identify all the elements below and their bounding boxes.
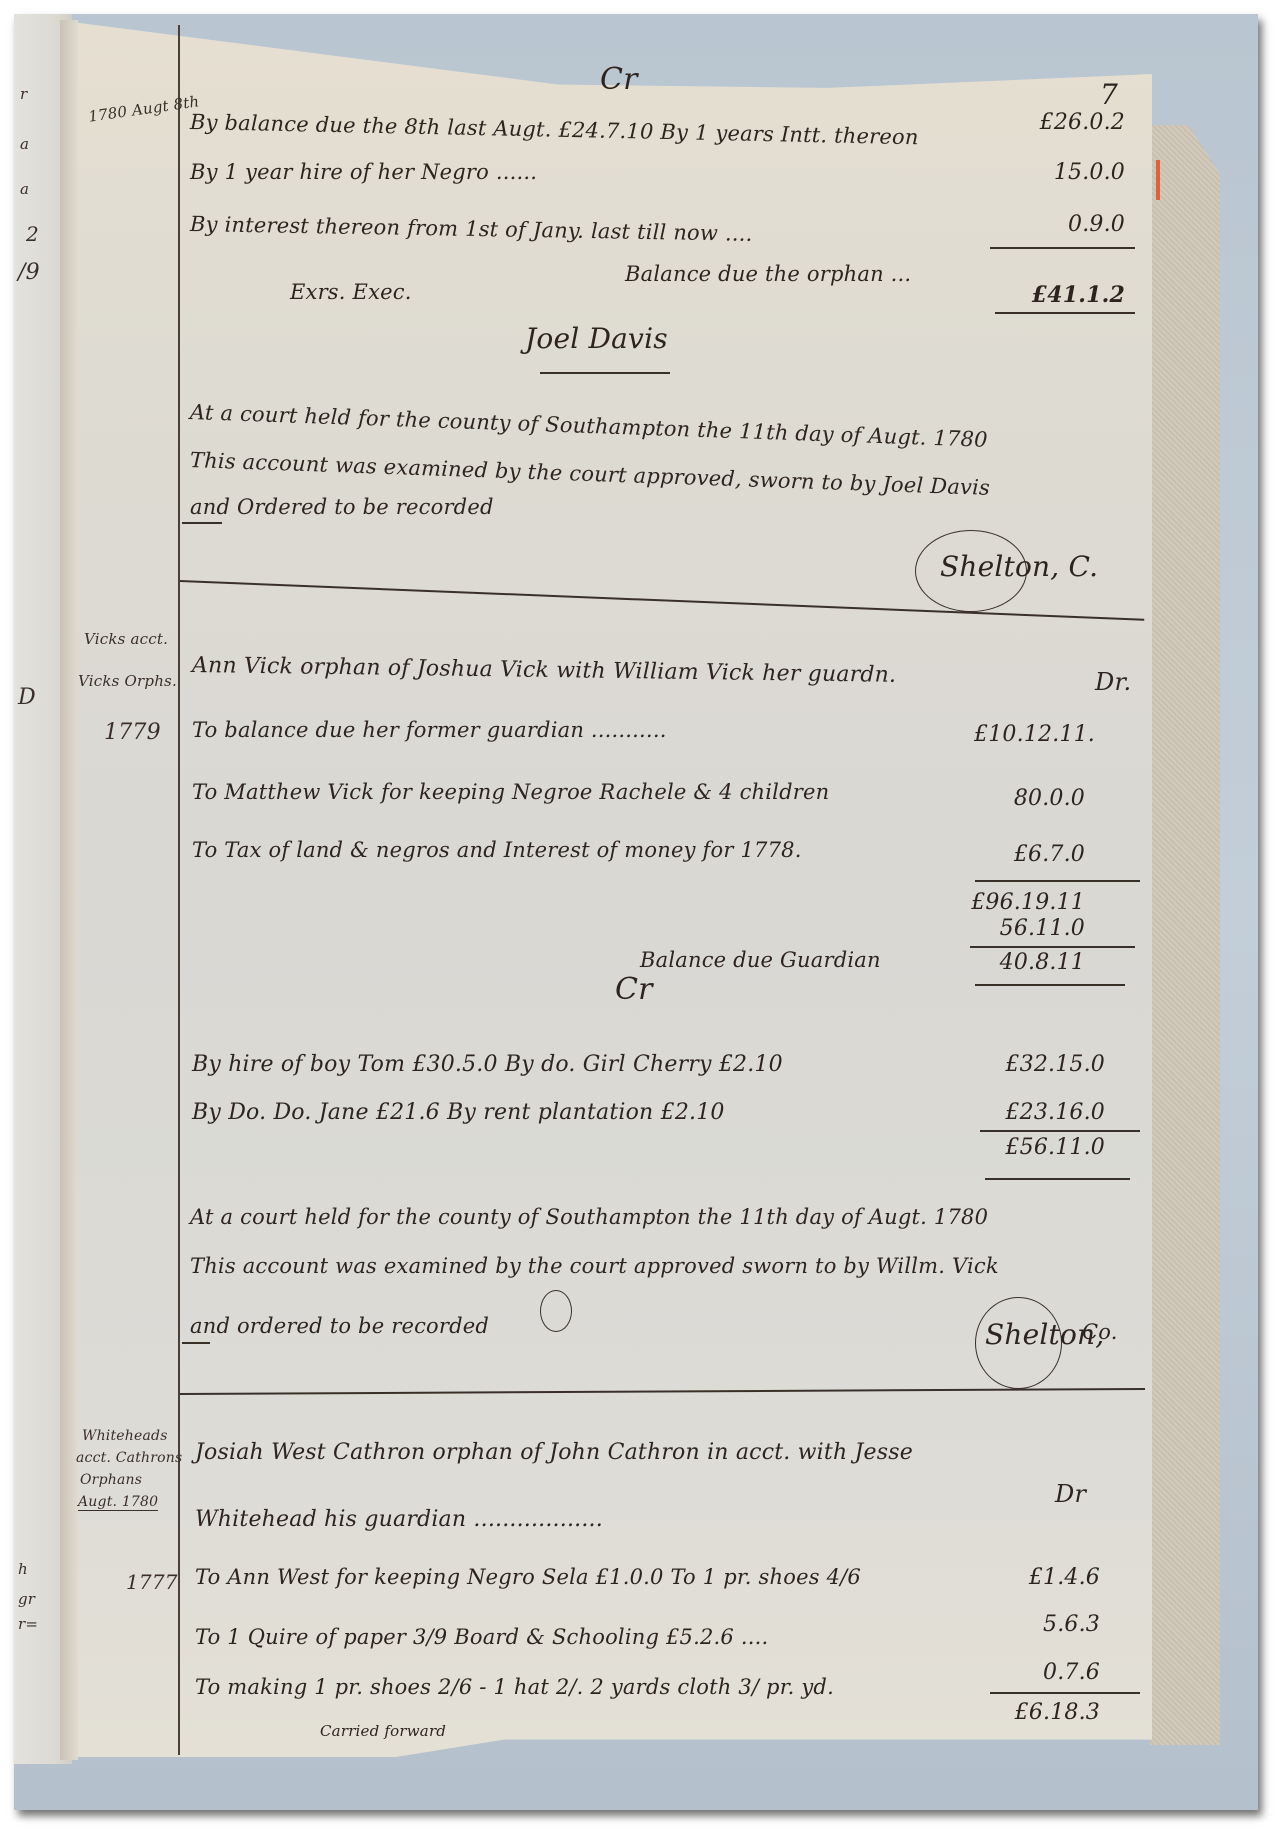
canvas-binding-strip (1150, 125, 1220, 1745)
left-page-fragment: r= (18, 1615, 38, 1633)
sum-rule (980, 1130, 1140, 1132)
entry2-credit-line: By Do. Do. Jane £21.6 By rent plantation… (192, 1100, 725, 1125)
entry1-amount: £26.0.2 (985, 110, 1125, 135)
page-number: 7 (1100, 78, 1118, 111)
entry2-debit-line: To balance due her former guardian .....… (192, 718, 667, 742)
entry3-margin-date: Augt. 1780 (78, 1494, 158, 1511)
entry1-court-line: and Ordered to be recorded (190, 495, 494, 519)
entry1-amount: 0.9.0 (985, 212, 1125, 237)
sum-rule (995, 312, 1135, 314)
entry2-clerk-suffix: Co. (1082, 1320, 1118, 1344)
left-page-fragment: 2 (26, 222, 39, 246)
entry3-title: Whitehead his guardian .................… (195, 1507, 603, 1532)
entry1-signature: Joel Davis (525, 322, 668, 355)
entry1-balance-amount: £41.1.2 (975, 282, 1125, 308)
entry3-margin-year: 1777 (126, 1570, 178, 1594)
sum-rule (990, 247, 1135, 249)
entry2-debit-heading: Dr. (1095, 668, 1131, 696)
entry3-debit-amount: £1.4.6 (990, 1565, 1100, 1590)
flourish (540, 1290, 572, 1332)
entry3-debit-heading: Dr (1055, 1480, 1086, 1508)
entry3-margin: Orphans (80, 1472, 142, 1488)
entry2-debit-amount: 80.0.0 (955, 786, 1085, 811)
entry1-credit-heading: Cr (600, 62, 638, 97)
red-edge-mark (1156, 160, 1160, 200)
entry1-executor-note: Exrs. Exec. (290, 280, 412, 304)
entry2-credit-amount: £32.15.0 (965, 1052, 1105, 1077)
entry3-margin: Whiteheads (82, 1428, 168, 1444)
entry2-court-line: At a court held for the county of Southa… (190, 1205, 988, 1229)
entry3-total: £6.18.3 (980, 1700, 1100, 1725)
sum-rule (975, 880, 1140, 882)
entry3-title: Josiah West Cathron orphan of John Cathr… (195, 1440, 913, 1465)
left-page-fragment: h (18, 1560, 28, 1578)
entry2-credit-amount: £23.16.0 (965, 1100, 1105, 1125)
sum-rule (970, 946, 1135, 948)
sum-rule (975, 984, 1125, 986)
entry2-debit-line: To Tax of land & negros and Interest of … (192, 838, 802, 862)
entry1-clerk-signature: Shelton, C. (940, 550, 1098, 583)
entry3-debit-line: To 1 Quire of paper 3/9 Board & Schoolin… (195, 1625, 768, 1649)
underline (182, 522, 222, 524)
book-gutter (60, 20, 78, 1760)
sum-rule (985, 1178, 1130, 1180)
left-page-fragment: gr (18, 1590, 35, 1608)
entry2-court-line: and ordered to be recorded (190, 1314, 489, 1338)
entry3-debit-line: To making 1 pr. shoes 2/6 - 1 hat 2/. 2 … (195, 1675, 834, 1699)
entry2-margin-year: 1779 (104, 720, 161, 745)
entry3-margin: acct. Cathrons (76, 1450, 182, 1466)
entry2-credit-heading: Cr (615, 972, 653, 1007)
entry2-court-line: This account was examined by the court a… (190, 1254, 999, 1278)
entry1-amount: 15.0.0 (985, 160, 1125, 185)
entry3-debit-amount: 0.7.6 (990, 1660, 1100, 1685)
entry2-debit-line: To Matthew Vick for keeping Negroe Rache… (192, 780, 829, 804)
entry2-balance-label: Balance due Guardian (640, 948, 881, 972)
entry2-total: £96.19.11 (955, 890, 1085, 915)
left-page-fragment: D (18, 685, 36, 710)
entry2-credit-total: £56.11.0 (965, 1135, 1105, 1160)
entry2-debit-amount: £10.12.11. (945, 722, 1095, 747)
entry2-debit-amount: £6.7.0 (955, 842, 1085, 867)
entry2-margin: Vicks acct. (84, 630, 168, 648)
entry2-credit-line: By hire of boy Tom £30.5.0 By do. Girl C… (192, 1052, 783, 1077)
signature-flourish (540, 372, 670, 374)
entry2-less: 56.11.0 (955, 916, 1085, 941)
left-page-fragment: r (20, 85, 27, 103)
entry3-debit-line: To Ann West for keeping Negro Sela £1.0.… (195, 1565, 861, 1589)
entry2-margin: Vicks Orphs. (78, 672, 177, 690)
entry3-debit-amount: 5.6.3 (990, 1612, 1100, 1637)
entry1-line: By 1 year hire of her Negro ...... (190, 160, 537, 184)
entry1-balance-label: Balance due the orphan ... (625, 262, 911, 286)
underline (182, 1342, 210, 1344)
carried-forward-note: Carried forward (320, 1722, 446, 1740)
left-page-fragment: /9 (18, 260, 40, 285)
left-page-fragment: a (20, 180, 29, 198)
margin-rule (178, 25, 180, 1755)
sum-rule (990, 1692, 1140, 1694)
left-page-fragment: a (20, 135, 29, 153)
entry2-balance-amount: 40.8.11 (955, 950, 1085, 975)
